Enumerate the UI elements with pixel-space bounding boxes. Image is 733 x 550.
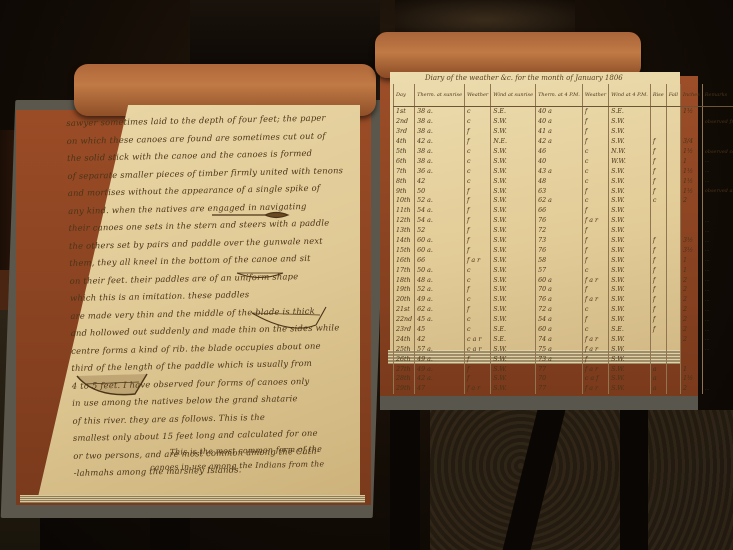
table-cell: f [650,166,666,176]
table-cell: 10th [394,196,415,206]
large-canoe-with-crew-sketch [75,370,155,400]
table-cell: 17th [394,265,415,275]
table-cell: N.E. [491,137,536,147]
table-cell: ... [702,334,733,344]
table-cell [666,344,680,354]
table-cell: 16th [394,255,415,265]
table-cell: 40 [536,156,583,166]
table-cell: ... [702,176,733,186]
table-cell [650,344,666,354]
table-cell: c [582,325,608,335]
table-cell: S.E. [491,107,536,117]
weather-diary-title: Diary of the weather &c. for the month o… [425,74,623,82]
table-cell: 1½ [681,186,703,196]
table-row: 8th42cS.W.48cS.W.f1½... [394,176,733,186]
table-cell: 38 a. [415,117,465,127]
table-cell [681,127,703,137]
table-cell: c a r [465,334,491,344]
table-cell: f [465,354,491,364]
table-cell: f [465,206,491,216]
table-cell: 12th [394,216,415,226]
table-cell: 70 [536,374,583,384]
table-cell: ... [702,156,733,166]
canoe-with-stern-sketch [250,305,330,335]
table-cell: 1½ [681,374,703,384]
table-cell [650,107,666,117]
table-cell: 73 a [536,354,583,364]
table-cell: S.W. [491,285,536,295]
table-cell: 54 a. [415,206,465,216]
table-cell: f [650,186,666,196]
table-cell: 38 a. [415,147,465,157]
table-cell [702,196,733,206]
table-cell: S.W. [609,275,651,285]
table-cell: f [465,196,491,206]
table-cell [666,137,680,147]
table-cell: S.W. [609,117,651,127]
paddle-sketch [210,208,290,222]
table-cell: f [650,275,666,285]
table-row: 19th52 a.fS.W.70 afS.W.f2... [394,285,733,295]
table-cell: c [650,196,666,206]
table-cell: 43 a [536,166,583,176]
table-cell: S.W. [609,196,651,206]
table-cell: S.W. [491,265,536,275]
table-cell: S.W. [491,156,536,166]
column-header: Day [394,84,415,107]
table-cell: S.W. [491,354,536,364]
table-cell: f a r [582,275,608,285]
table-row: 13th52fS.W.72fS.W.... [394,226,733,236]
table-cell: c [582,265,608,275]
table-cell: c [465,156,491,166]
table-cell: 73 [536,236,583,246]
table-cell: S.W. [609,245,651,255]
table-cell: 49 a. [415,354,465,364]
table-row: 12th54 a.fS.W.76f a rS.W.... [394,216,733,226]
table-cell [666,354,680,364]
table-cell: 60 a [536,325,583,335]
table-cell: 1½ [681,107,703,117]
table-cell: 76 a [536,295,583,305]
table-cell: 1½ [681,166,703,176]
column-header: Rise [650,84,666,107]
table-cell [702,364,733,374]
table-cell: W.W. [609,156,651,166]
table-cell: f [465,216,491,226]
table-cell: f a r [465,255,491,265]
table-cell: f [582,226,608,236]
table-cell: f [650,305,666,315]
table-cell [666,245,680,255]
table-row: 15th60 a.fS.W.76fS.W.f3½... [394,245,733,255]
table-cell: ... [702,315,733,325]
table-cell: c [582,147,608,157]
table-cell: f [582,137,608,147]
table-cell: S.W. [609,285,651,295]
table-cell: 54 a. [415,216,465,226]
table-cell [702,354,733,364]
table-cell: a [650,384,666,394]
table-cell: S.W. [491,275,536,285]
table-cell: 38 a. [415,127,465,137]
table-cell [666,206,680,216]
table-row: 25th57 a.c a rS.W.75 af a rS.W.... [394,344,733,354]
table-cell: S.W. [609,176,651,186]
column-header: Wind at sunrise [491,84,536,107]
table-cell: f [465,127,491,137]
table-cell: 75 a [536,344,583,354]
table-cell: 3/4 [681,137,703,147]
table-cell: S.W. [491,255,536,265]
stand-leg [390,410,420,550]
table-cell [666,374,680,384]
table-cell: 50 [415,186,465,196]
table-cell: 58 [536,255,583,265]
table-cell: S.W. [609,344,651,354]
table-cell: 2 [681,325,703,335]
table-cell: 47 [415,384,465,394]
table-cell: observed considerably... [702,147,733,157]
table-cell: S.W. [609,236,651,246]
table-cell: 27th [394,364,415,374]
table-cell: 46 [536,147,583,157]
table-cell: f [465,305,491,315]
table-cell: f [650,325,666,335]
table-cell: S.W. [609,305,651,315]
table-row: 26th49 a.fS.W.73 afS.W. [394,354,733,364]
weather-table: Day Therm. at sunrise Weather Wind at su… [393,84,733,394]
table-cell: f [650,265,666,275]
table-cell: S.E. [491,334,536,344]
table-row: 4th42 a.fN.E.42 afS.W.f3/4 [394,137,733,147]
table-row: 14th60 a.fS.W.73fS.W.f3½... [394,236,733,246]
table-row: 18th48 a.cS.W.60 af a rS.W.f2... [394,275,733,285]
small-canoe-sketch [235,270,285,282]
table-cell: 50 a. [415,265,465,275]
table-cell: c [582,176,608,186]
table-cell [702,374,733,384]
table-cell: 7th [394,166,415,176]
table-cell: 9th [394,186,415,196]
table-cell: 77 [536,384,583,394]
table-cell: f [465,236,491,246]
table-cell: S.E. [609,325,651,335]
table-cell [666,275,680,285]
table-cell [666,285,680,295]
table-cell: S.W. [491,206,536,216]
table-cell [666,364,680,374]
table-cell: 66 [415,255,465,265]
table-cell: ... [702,384,733,394]
table-cell: 2 [681,275,703,285]
table-cell: S.W. [609,255,651,265]
table-cell: 2 [681,334,703,344]
table-cell: 76 [536,216,583,226]
table-cell: 70 a [536,285,583,295]
column-header: Weather [465,84,491,107]
table-cell: 15th [394,245,415,255]
table-cell: 13th [394,226,415,236]
table-cell: 22nd [394,315,415,325]
table-cell [666,186,680,196]
table-cell: f [650,255,666,265]
table-cell: S.W. [609,265,651,275]
table-cell: f [650,147,666,157]
table-cell: f a r [582,344,608,354]
table-cell: f [582,315,608,325]
table-cell [666,147,680,157]
stand-leg [620,410,648,550]
table-cell [702,137,733,147]
table-cell: 26th [394,354,415,364]
table-row: 28th42 a.fS.W.70c a fS.W.a1½ [394,374,733,384]
table-cell: observed at 10 A.M. [702,186,733,196]
table-cell: f [582,117,608,127]
table-cell [681,354,703,364]
table-cell [650,334,666,344]
table-cell: c [465,166,491,176]
table-cell: 63 [536,186,583,196]
table-header-row: Day Therm. at sunrise Weather Wind at su… [394,84,733,107]
table-cell [666,117,680,127]
table-row: 3rd38 a.fS.W.41 afS.W. [394,127,733,137]
table-cell: a [650,374,666,384]
table-cell: S.W. [609,295,651,305]
table-cell [681,206,703,216]
table-cell [681,226,703,236]
table-cell: 3½ [681,236,703,246]
table-row: 24th42c a rS.E.74 af a rS.W.2... [394,334,733,344]
table-cell: 2 [681,305,703,315]
table-row: 7th36 a.cS.W.43 acS.W.f1½... [394,166,733,176]
table-cell: f [650,176,666,186]
table-cell: f [465,245,491,255]
table-cell: f a r [582,216,608,226]
table-cell [681,216,703,226]
table-cell [702,127,733,137]
table-cell: S.W. [609,226,651,236]
table-cell: S.W. [609,374,651,384]
table-cell: 28th [394,374,415,384]
table-cell: 36 a. [415,166,465,176]
table-cell: 60 a. [415,245,465,255]
table-cell: 20th [394,295,415,305]
table-cell: c [465,315,491,325]
table-cell: ... [702,245,733,255]
table-cell: c [465,176,491,186]
table-cell: c a f [582,374,608,384]
table-cell: 4th [394,137,415,147]
table-cell: 2 [681,384,703,394]
table-row: 9th50fS.W.63fS.W.f1½observed at 10 A.M. [394,186,733,196]
table-cell: c [465,117,491,127]
table-cell: 2 [681,295,703,305]
table-cell: 40 a [536,117,583,127]
table-cell: a [650,364,666,374]
table-row: 17th50 a.cS.W.57cS.W.f1... [394,265,733,275]
table-cell: f a r [465,384,491,394]
table-row: 2nd38 a.cS.W.40 afS.W.observed from yest… [394,117,733,127]
table-cell: f [650,236,666,246]
table-cell: S.W. [609,137,651,147]
table-cell: S.W. [491,216,536,226]
table-cell: 38 a. [415,156,465,166]
table-cell: f [465,285,491,295]
table-row: 16th66f a rS.W.58fS.W.f1... [394,255,733,265]
table-cell: c [582,196,608,206]
table-cell: 62 a [536,196,583,206]
table-cell: 40 a [536,107,583,117]
table-cell: c [465,147,491,157]
table-cell: 60 a [536,275,583,285]
table-cell: 48 a. [415,275,465,285]
table-cell: 42 a [536,137,583,147]
table-cell: 23rd [394,325,415,335]
table-cell: S.W. [491,127,536,137]
table-cell: f [582,285,608,295]
table-cell: 1½ [681,147,703,157]
table-cell: S.W. [491,344,536,354]
table-row: 1st38 a.cS.E.40 afS.E.1½ [394,107,733,117]
table-cell: ... [702,166,733,176]
table-cell: f [582,236,608,246]
table-cell: 5th [394,147,415,157]
table-cell: 57 [536,265,583,275]
column-header: Therm. at 4 P.M. [536,84,583,107]
table-cell [666,295,680,305]
table-cell [666,334,680,344]
table-cell [666,166,680,176]
table-cell [650,354,666,364]
table-cell: c [582,305,608,315]
table-cell: 45 [415,325,465,335]
table-cell: f [582,245,608,255]
table-cell: 52 [415,226,465,236]
table-cell: 11th [394,206,415,216]
table-cell: S.W. [609,364,651,374]
table-cell: S.W. [491,236,536,246]
table-cell: S.W. [491,196,536,206]
table-cell: S.W. [491,176,536,186]
table-cell: 72 a [536,305,583,315]
table-row: 29th47f a rS.W.77f a rS.W.a2... [394,384,733,394]
table-cell: 1½ [681,176,703,186]
table-cell: ... [702,275,733,285]
table-row: 6th38 a.cS.W.40cW.W.f1... [394,156,733,166]
table-cell: f [650,295,666,305]
table-cell: c [465,107,491,117]
table-cell: c [465,275,491,285]
table-cell [666,196,680,206]
table-cell: 41 a [536,127,583,137]
table-cell [650,127,666,137]
table-cell: c [465,265,491,275]
table-cell: 2nd [394,117,415,127]
table-cell [650,216,666,226]
table-row: 27th49 a.fS.W.77f a rS.W.a1 [394,364,733,374]
table-cell: 1 [681,255,703,265]
table-cell: f [582,255,608,265]
table-cell: S.W. [491,315,536,325]
table-cell: f [465,137,491,147]
table-cell [666,255,680,265]
table-cell: 1st [394,107,415,117]
table-cell: ... [702,305,733,315]
table-cell: f [650,245,666,255]
table-cell: 2 [681,285,703,295]
table-cell: f [582,186,608,196]
table-cell: 2 [681,196,703,206]
table-row: 22nd45 a.cS.W.54 afS.W.f2... [394,315,733,325]
table-cell: c a r [465,344,491,354]
table-cell [666,305,680,315]
table-cell: S.W. [491,117,536,127]
column-header: Remarks [702,84,733,107]
table-cell: f [465,186,491,196]
table-cell: f a r [582,295,608,305]
table-cell: 60 a. [415,236,465,246]
table-cell: f [582,206,608,216]
table-cell: S.W. [491,384,536,394]
table-cell: ... [702,216,733,226]
table-cell: f a r [582,384,608,394]
table-cell: 38 a. [415,107,465,117]
table-cell: 3rd [394,127,415,137]
table-cell: c [465,325,491,335]
table-cell: 3½ [681,245,703,255]
table-cell: 25th [394,344,415,354]
table-cell: 57 a. [415,344,465,354]
table-cell [666,127,680,137]
table-cell: S.W. [609,354,651,364]
table-cell: 18th [394,275,415,285]
table-cell: observed from yesterday [702,117,733,127]
table-cell [666,236,680,246]
table-row: 11th54 a.fS.W.66fS.W. [394,206,733,216]
column-header: Weather [582,84,608,107]
table-cell [702,206,733,216]
table-cell: ... [702,344,733,354]
table-cell: f [582,354,608,364]
table-cell: ... [702,265,733,275]
column-header: Fall [666,84,680,107]
table-cell: 66 [536,206,583,216]
table-cell: 42 [415,334,465,344]
table-cell: S.W. [609,384,651,394]
table-cell [681,344,703,354]
table-cell [666,226,680,236]
table-cell: 42 a. [415,137,465,147]
table-cell: S.W. [491,147,536,157]
table-cell: S.W. [491,166,536,176]
table-cell: 49 a. [415,295,465,305]
table-cell: N.W. [609,147,651,157]
table-cell: 52 a. [415,285,465,295]
journal-text: sawyer sometimes laid to the depth of fo… [66,109,354,482]
table-cell: f [465,226,491,236]
table-cell [666,325,680,335]
table-cell [650,206,666,216]
table-cell: 2 [681,315,703,325]
table-cell: 1 [681,364,703,374]
table-row: 5th38 a.cS.W.46cN.W.f1½observed consider… [394,147,733,157]
table-cell: c [582,156,608,166]
table-cell: S.W. [491,364,536,374]
table-cell: 1 [681,265,703,275]
table-row: 10th52 a.fS.W.62 acS.W.c2 [394,196,733,206]
table-cell: 76 [536,245,583,255]
